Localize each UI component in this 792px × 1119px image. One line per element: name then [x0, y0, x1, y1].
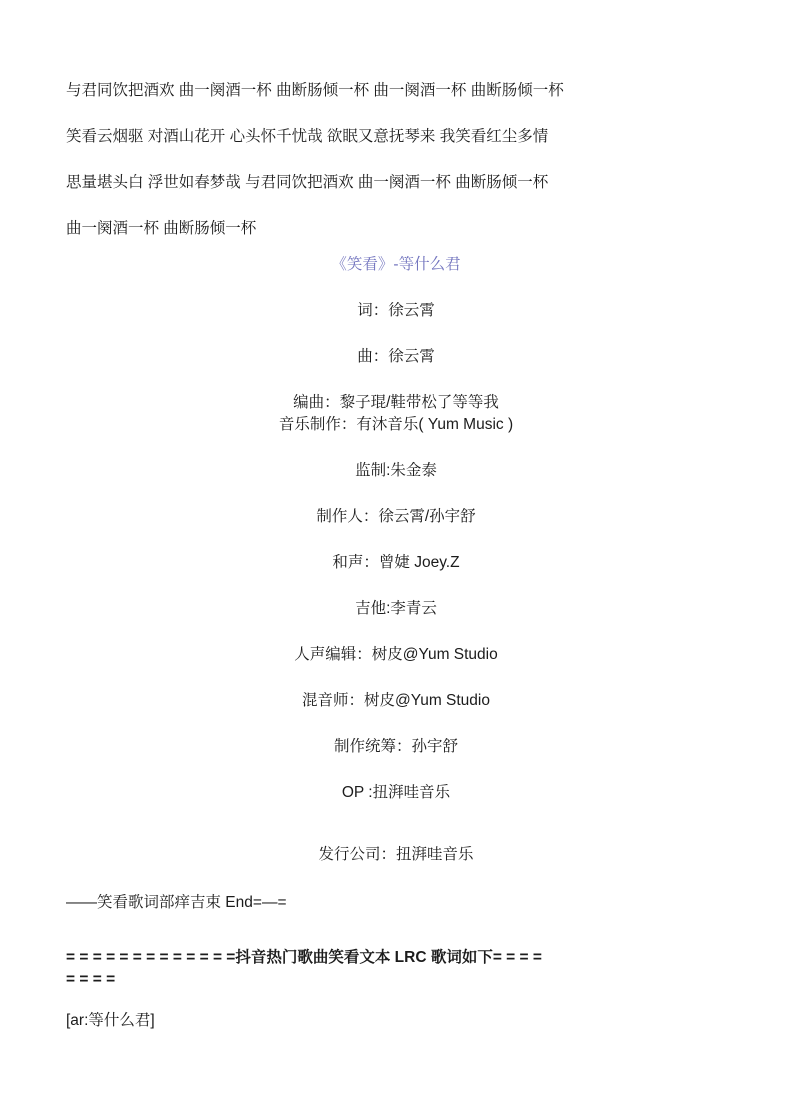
- song-title: 《笑看》-等什么君: [66, 254, 726, 276]
- lyric-line-2: 笑看云烟驱 对酒山花开 心头怀千忧哉 欲眠又意抚琴来 我笑看红尘多情: [66, 126, 726, 148]
- credit-music-production: 音乐制作：有沐音乐( Yum Music ): [66, 414, 726, 436]
- credit-mixing-engineer: 混音师：树皮@Yum Studio: [66, 690, 726, 712]
- credit-op: OP :扭湃哇音乐: [66, 782, 726, 804]
- lyric-line-1: 与君同饮把酒欢 曲一阕酒一杯 曲断肠倾一杯 曲一阕酒一杯 曲断肠倾一杯: [66, 80, 726, 102]
- section-separator: = = = = = = = = = = = = =抖音热门歌曲笑看文本 LRC …: [66, 947, 726, 991]
- end-marker: ——笑看歌词部痒吉束 End=—=: [66, 892, 726, 914]
- lyric-line-4: 曲一阕酒一杯 曲断肠倾一杯: [66, 218, 726, 240]
- credit-lyricist: 词：徐云霄: [66, 300, 726, 322]
- lrc-artist-tag: [ar:等什么君]: [66, 1010, 726, 1032]
- credit-guitar: 吉他:李青云: [66, 598, 726, 620]
- separator-line-2: = = = =: [66, 969, 726, 991]
- credit-producer: 制作人：徐云霄/孙宇舒: [66, 506, 726, 528]
- separator-line-1: = = = = = = = = = = = = =抖音热门歌曲笑看文本 LRC …: [66, 947, 726, 969]
- document-content: 与君同饮把酒欢 曲一阕酒一杯 曲断肠倾一杯 曲一阕酒一杯 曲断肠倾一杯 笑看云烟…: [0, 0, 792, 1032]
- credit-supervisor: 监制:朱金泰: [66, 460, 726, 482]
- document-page: 与君同饮把酒欢 曲一阕酒一杯 曲断肠倾一杯 曲一阕酒一杯 曲断肠倾一杯 笑看云烟…: [0, 0, 792, 1119]
- credit-production-coordinator: 制作统筹：孙宇舒: [66, 736, 726, 758]
- credit-arranger: 编曲：黎子琨/鞋带松了等等我: [66, 392, 726, 414]
- lyric-line-3: 思量堪头白 浮世如春梦哉 与君同饮把酒欢 曲一阕酒一杯 曲断肠倾一杯: [66, 172, 726, 194]
- credit-vocal-editor: 人声编辑：树皮@Yum Studio: [66, 644, 726, 666]
- credit-harmony: 和声：曾婕 Joey.Z: [66, 552, 726, 574]
- credit-composer: 曲：徐云霄: [66, 346, 726, 368]
- credit-publisher: 发行公司：扭湃哇音乐: [66, 844, 726, 866]
